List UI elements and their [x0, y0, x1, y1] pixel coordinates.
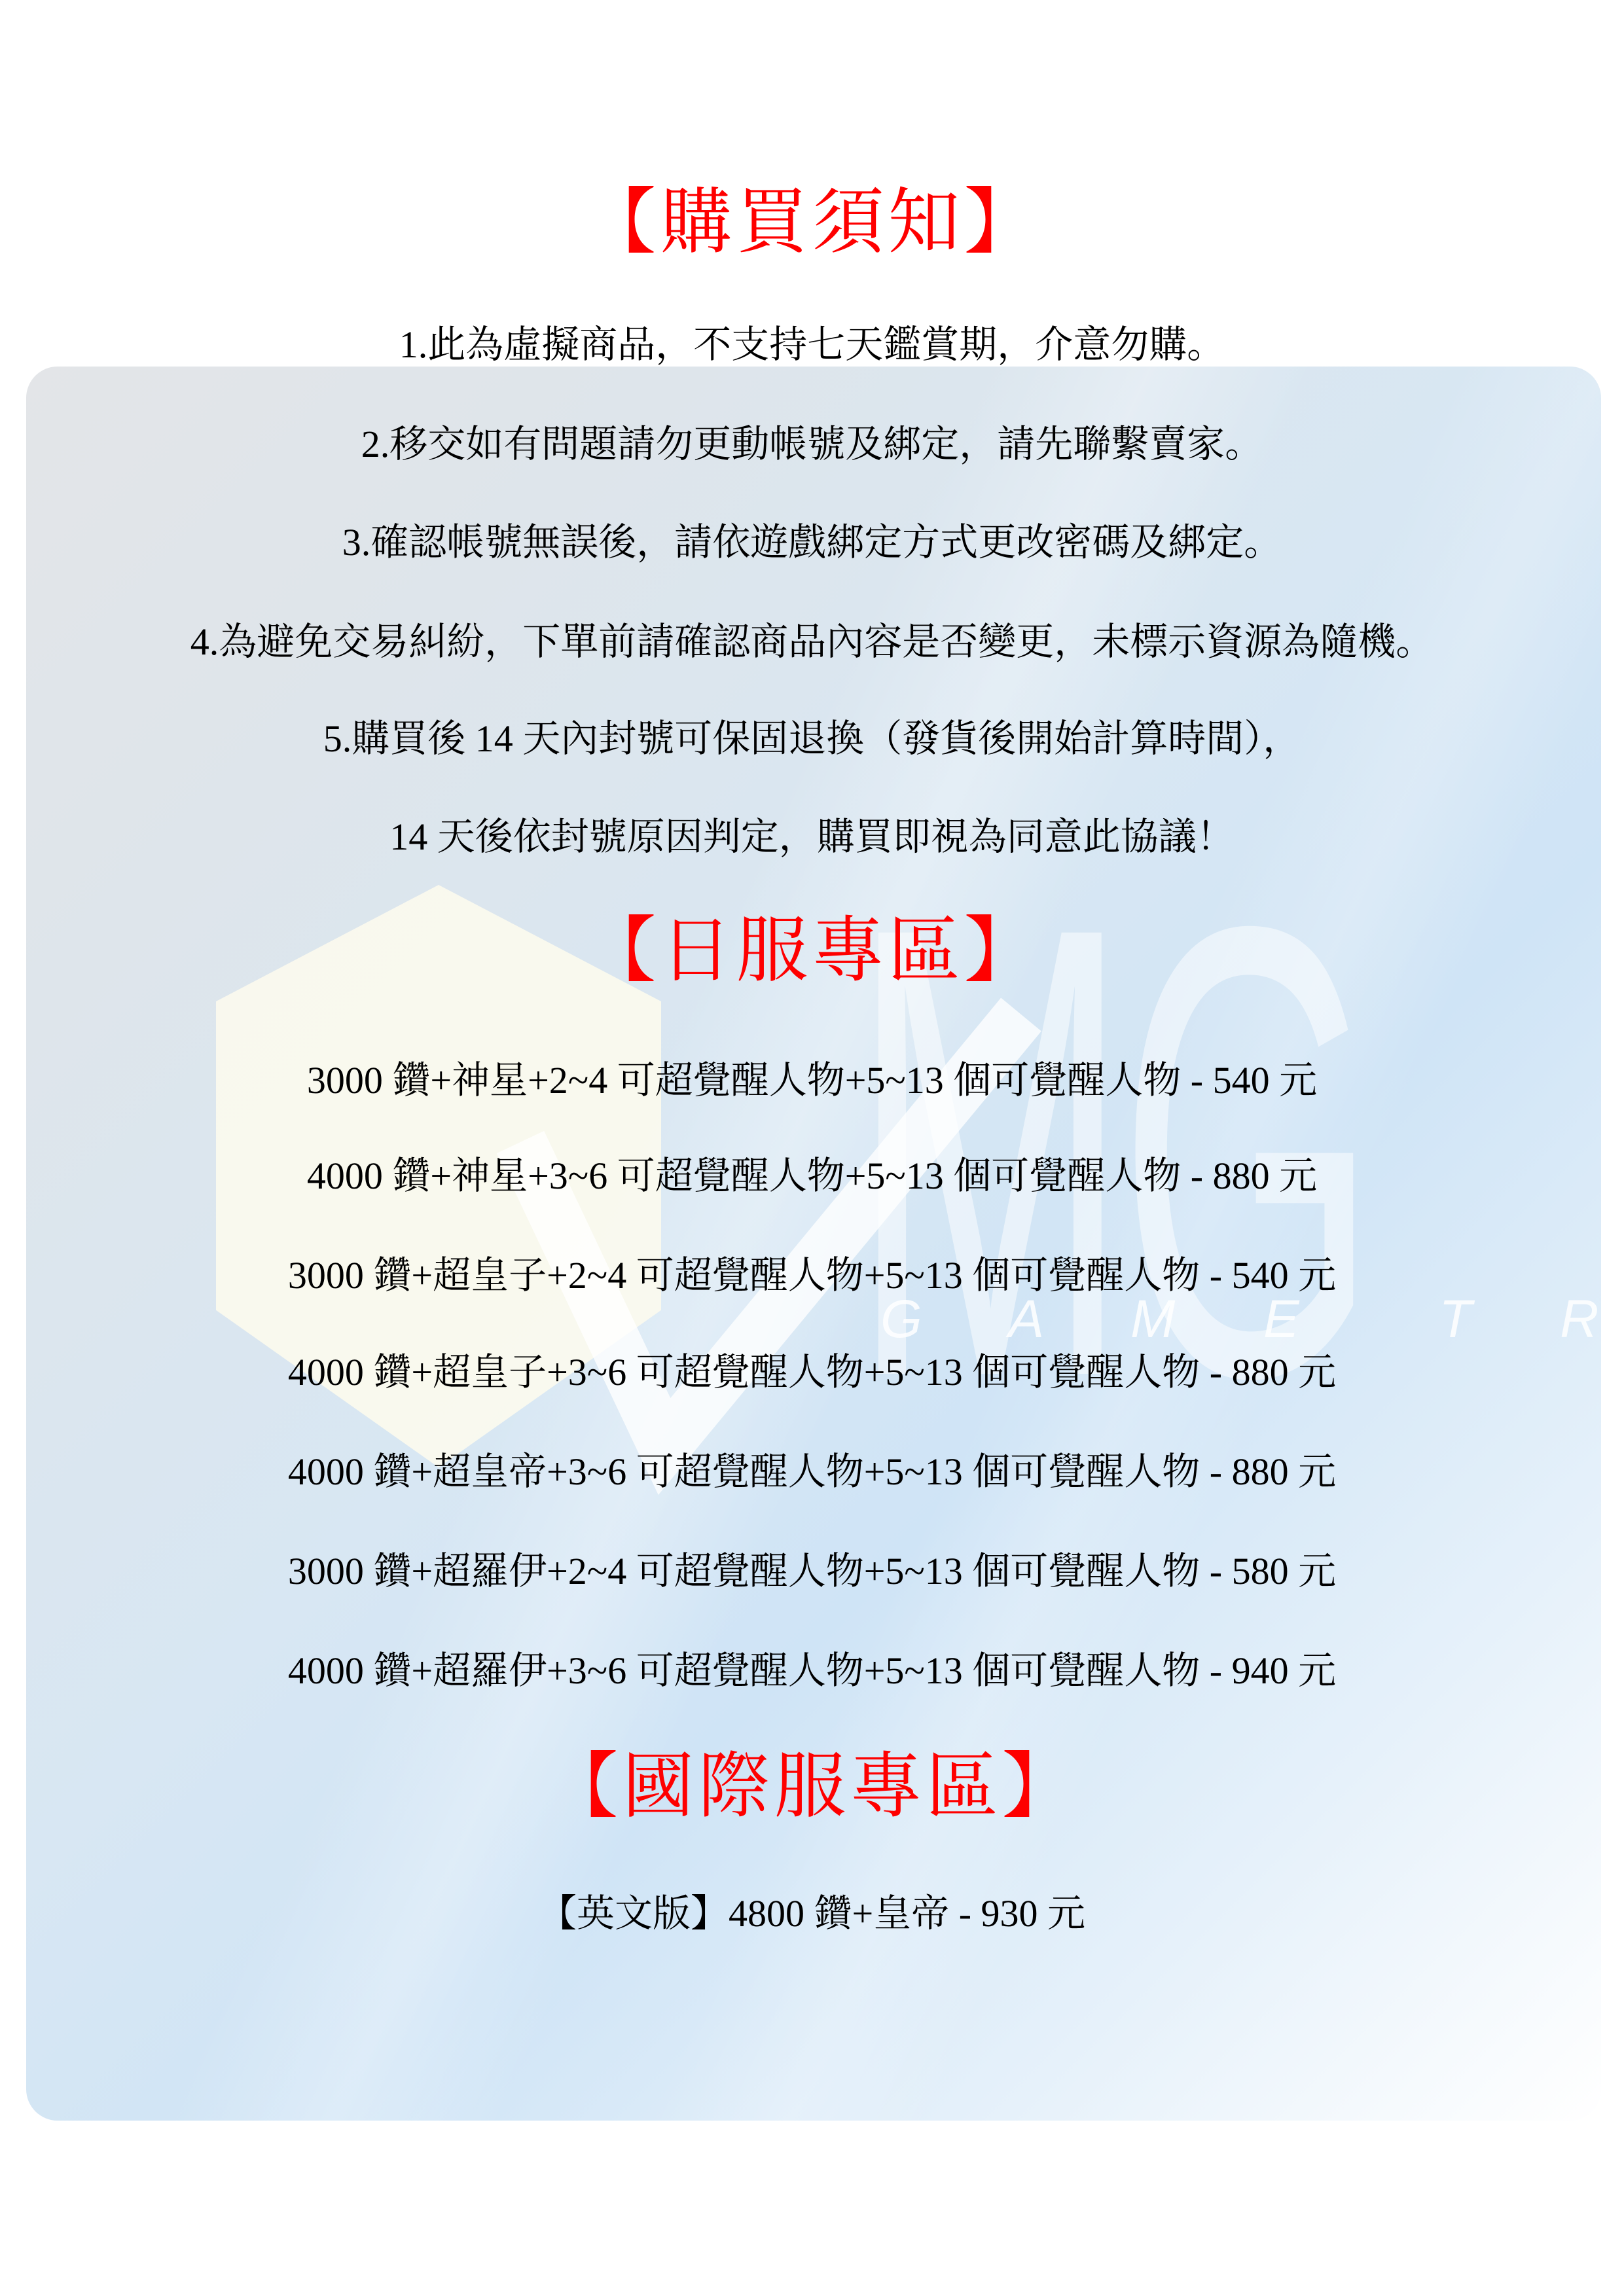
notice-item-3: 3.確認帳號無誤後，請依遊戲綁定方式更改密碼及綁定。	[0, 524, 1624, 562]
jp-product-4: 4000 鑽+超皇子+3~6 可超覺醒人物+5~13 個可覺醒人物 - 880 …	[0, 1354, 1624, 1391]
page: MG G A M E T R A D E 【購買須知】 1.此為虛擬商品，不支持…	[0, 0, 1624, 2296]
jp-product-5: 4000 鑽+超皇帝+3~6 可超覺醒人物+5~13 個可覺醒人物 - 880 …	[0, 1453, 1624, 1491]
jp-section-title: 【日服專區】	[0, 915, 1624, 987]
notice-title: 【購買須知】	[0, 187, 1624, 259]
jp-product-1: 3000 鑽+神星+2~4 可超覺醒人物+5~13 個可覺醒人物 - 540 元	[0, 1062, 1624, 1100]
jp-product-7: 4000 鑽+超羅伊+3~6 可超覺醒人物+5~13 個可覺醒人物 - 940 …	[0, 1652, 1624, 1690]
intl-section-title: 【國際服專區】	[0, 1751, 1624, 1823]
notice-item-4: 4.為避免交易糾紛，下單前請確認商品內容是否變更，未標示資源為隨機。	[0, 623, 1624, 661]
notice-item-1: 1.此為虛擬商品，不支持七天鑑賞期，介意勿購。	[0, 326, 1624, 364]
notice-item-5-cont: 14 天後依封號原因判定，購買即視為同意此協議！	[0, 818, 1624, 856]
jp-product-2: 4000 鑽+神星+3~6 可超覺醒人物+5~13 個可覺醒人物 - 880 元	[0, 1157, 1624, 1195]
jp-product-3: 3000 鑽+超皇子+2~4 可超覺醒人物+5~13 個可覺醒人物 - 540 …	[0, 1257, 1624, 1295]
intl-product-1: 【英文版】4800 鑽+皇帝 - 930 元	[0, 1895, 1624, 1933]
jp-product-6: 3000 鑽+超羅伊+2~4 可超覺醒人物+5~13 個可覺醒人物 - 580 …	[0, 1552, 1624, 1590]
brand-tagline: G A M E T R A D E	[880, 1293, 1624, 1346]
notice-item-5: 5.購買後 14 天內封號可保固退換（發貨後開始計算時間），	[0, 720, 1624, 758]
notice-item-2: 2.移交如有問題請勿更動帳號及綁定，請先聯繫賣家。	[0, 425, 1624, 463]
